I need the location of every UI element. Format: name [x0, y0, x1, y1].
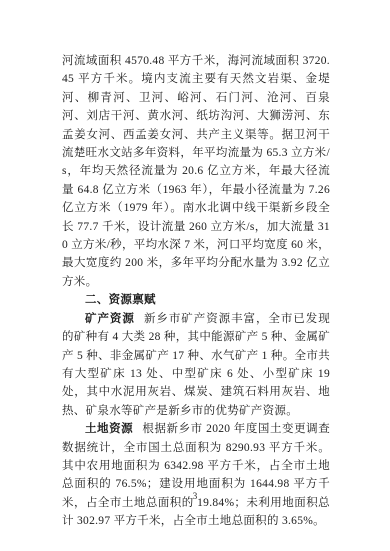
- paragraph-mineral-resources: 矿产资源新乡市矿产资源丰富，全市已发现的矿种有 4 大类 28 种，其中能源矿产…: [62, 310, 330, 420]
- paragraph-water-resources: 河流域面积 4570.48 平方千米，海河流域面积 3720.45 平方千米。境…: [62, 52, 330, 291]
- section-heading-resource-endowment: 二、资源禀赋: [62, 291, 330, 309]
- paragraph-lead-land: 土地资源: [85, 423, 133, 435]
- page-content: 河流域面积 4570.48 平方千米，海河流域面积 3720.45 平方千米。境…: [62, 52, 330, 531]
- page-number: 3: [0, 491, 390, 501]
- paragraph-land-resources: 土地资源根据新乡市 2020 年度国土变更调查数据统计，全市国土总面积为 829…: [62, 420, 330, 530]
- document-page: 河流域面积 4570.48 平方千米，海河流域面积 3720.45 平方千米。境…: [0, 0, 390, 551]
- paragraph-lead-mineral: 矿产资源: [85, 313, 135, 325]
- paragraph-text-mineral: 新乡市矿产资源丰富，全市已发现的矿种有 4 大类 28 种，其中能源矿产 5 种…: [62, 313, 330, 417]
- paragraph-text-land: 根据新乡市 2020 年度国土变更调查数据统计，全市国土总面积为 8290.93…: [62, 423, 330, 527]
